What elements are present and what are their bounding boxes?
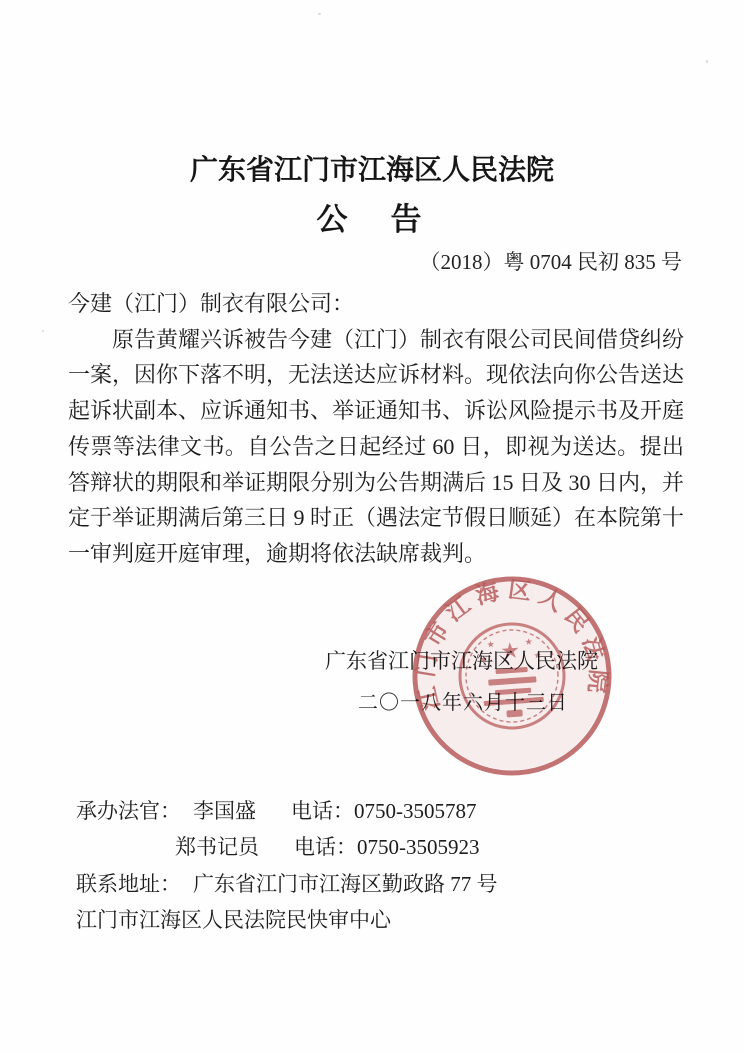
judge-phone-number: 0750-3505787 bbox=[354, 799, 477, 823]
official-court-seal: 江门市江海区人民法院 ★ ★ ★ ★ ★ bbox=[401, 565, 623, 787]
svg-text:★: ★ bbox=[524, 637, 533, 648]
judge-label: 承办法官： bbox=[76, 799, 181, 823]
court-name-heading: 广东省江门市江海区人民法院 bbox=[0, 148, 744, 188]
judge-name: 李国盛 bbox=[193, 799, 256, 823]
address-line-2: 江门市江海区人民法院民快审中心 bbox=[76, 902, 676, 938]
svg-text:★: ★ bbox=[500, 638, 521, 664]
scan-speck bbox=[706, 60, 708, 63]
address-line: 联系地址：广东省江门市江海区勤政路 77 号 bbox=[76, 866, 676, 902]
scan-speck bbox=[42, 330, 44, 332]
seal-graphic: 江门市江海区人民法院 ★ ★ ★ ★ ★ bbox=[401, 565, 623, 787]
scan-speck bbox=[318, 13, 321, 15]
svg-text:★: ★ bbox=[479, 655, 488, 666]
notice-paragraph: 原告黄耀兴诉被告今建（江门）制衣有限公司民间借贷纠纷一案，因你下落不明，无法送达… bbox=[68, 322, 684, 572]
clerk-name: 郑书记员 bbox=[175, 835, 259, 859]
case-number: （2018）粤 0704 民初 835 号 bbox=[420, 246, 683, 276]
svg-text:★: ★ bbox=[486, 640, 495, 651]
judge-phone-label: 电话： bbox=[291, 799, 354, 823]
notice-body: 今建（江门）制衣有限公司： 原告黄耀兴诉被告今建（江门）制衣有限公司民间借贷纠纷… bbox=[68, 286, 684, 572]
addressee-line: 今建（江门）制衣有限公司： bbox=[68, 286, 684, 322]
address-value: 广东省江门市江海区勤政路 77 号 bbox=[193, 872, 498, 896]
address-label: 联系地址： bbox=[76, 872, 181, 896]
clerk-phone-number: 0750-3505923 bbox=[357, 835, 480, 859]
contact-footer: 承办法官：李国盛电话：0750-3505787 郑书记员电话：0750-3505… bbox=[76, 793, 676, 938]
clerk-phone-label: 电话： bbox=[294, 835, 357, 859]
notice-title: 公 告 bbox=[0, 194, 744, 239]
judge-line: 承办法官：李国盛电话：0750-3505787 bbox=[76, 793, 676, 829]
scanned-notice-page: 广东省江门市江海区人民法院 公 告 （2018）粤 0704 民初 835 号 … bbox=[0, 0, 744, 1053]
clerk-line: 郑书记员电话：0750-3505923 bbox=[76, 829, 676, 865]
svg-text:★: ★ bbox=[533, 651, 542, 662]
